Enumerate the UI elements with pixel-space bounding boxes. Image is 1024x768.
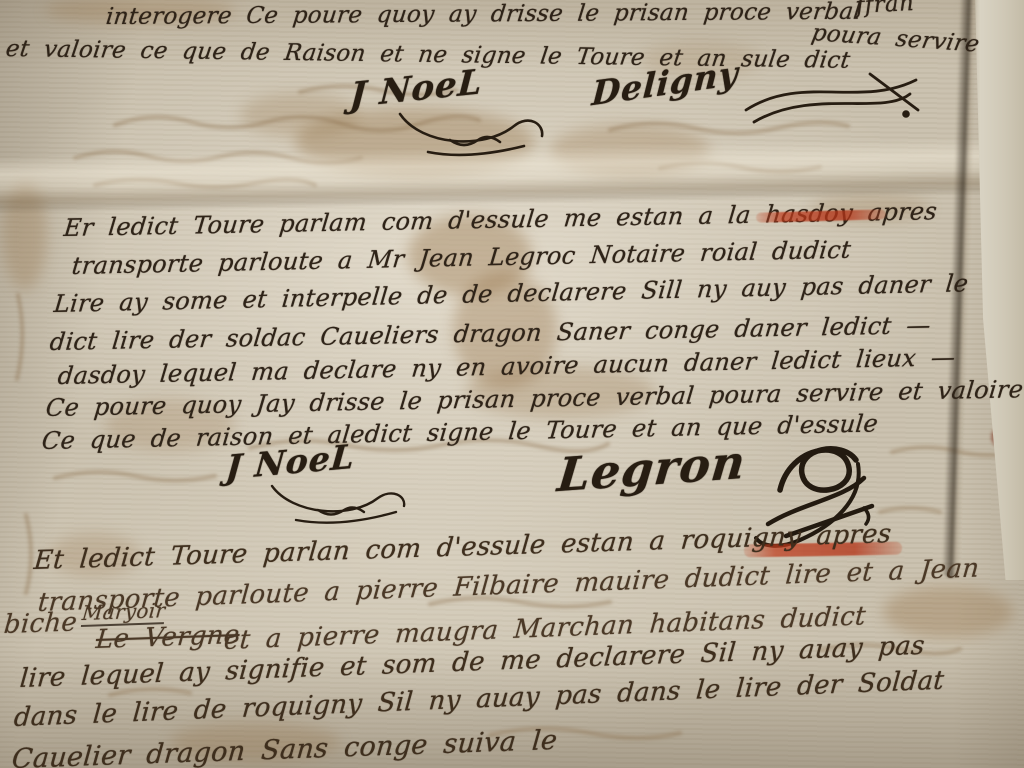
top-line-1: interogere Ce poure quoy ay drisse le pr… [104, 0, 862, 30]
middle-line-2: transporte parloute a Mr Jean Legroc Not… [71, 236, 853, 280]
deligny-paraph [742, 66, 922, 136]
manuscript-photo: ffran interogere Ce poure quoy ay drisse… [0, 0, 1024, 768]
bottom-line-3-start: biche [3, 607, 79, 640]
bottom-line-3-struck-word: Le Vergne [95, 620, 241, 655]
signature-noel-top: J NoeL [349, 62, 484, 116]
bottom-line-6: Cauelier dragon Sans conge suiva le [11, 725, 559, 768]
noel-flourish-middle [266, 480, 426, 528]
top-corner-fragment: ffran [855, 0, 914, 19]
signature-legron: Legron [555, 435, 748, 503]
